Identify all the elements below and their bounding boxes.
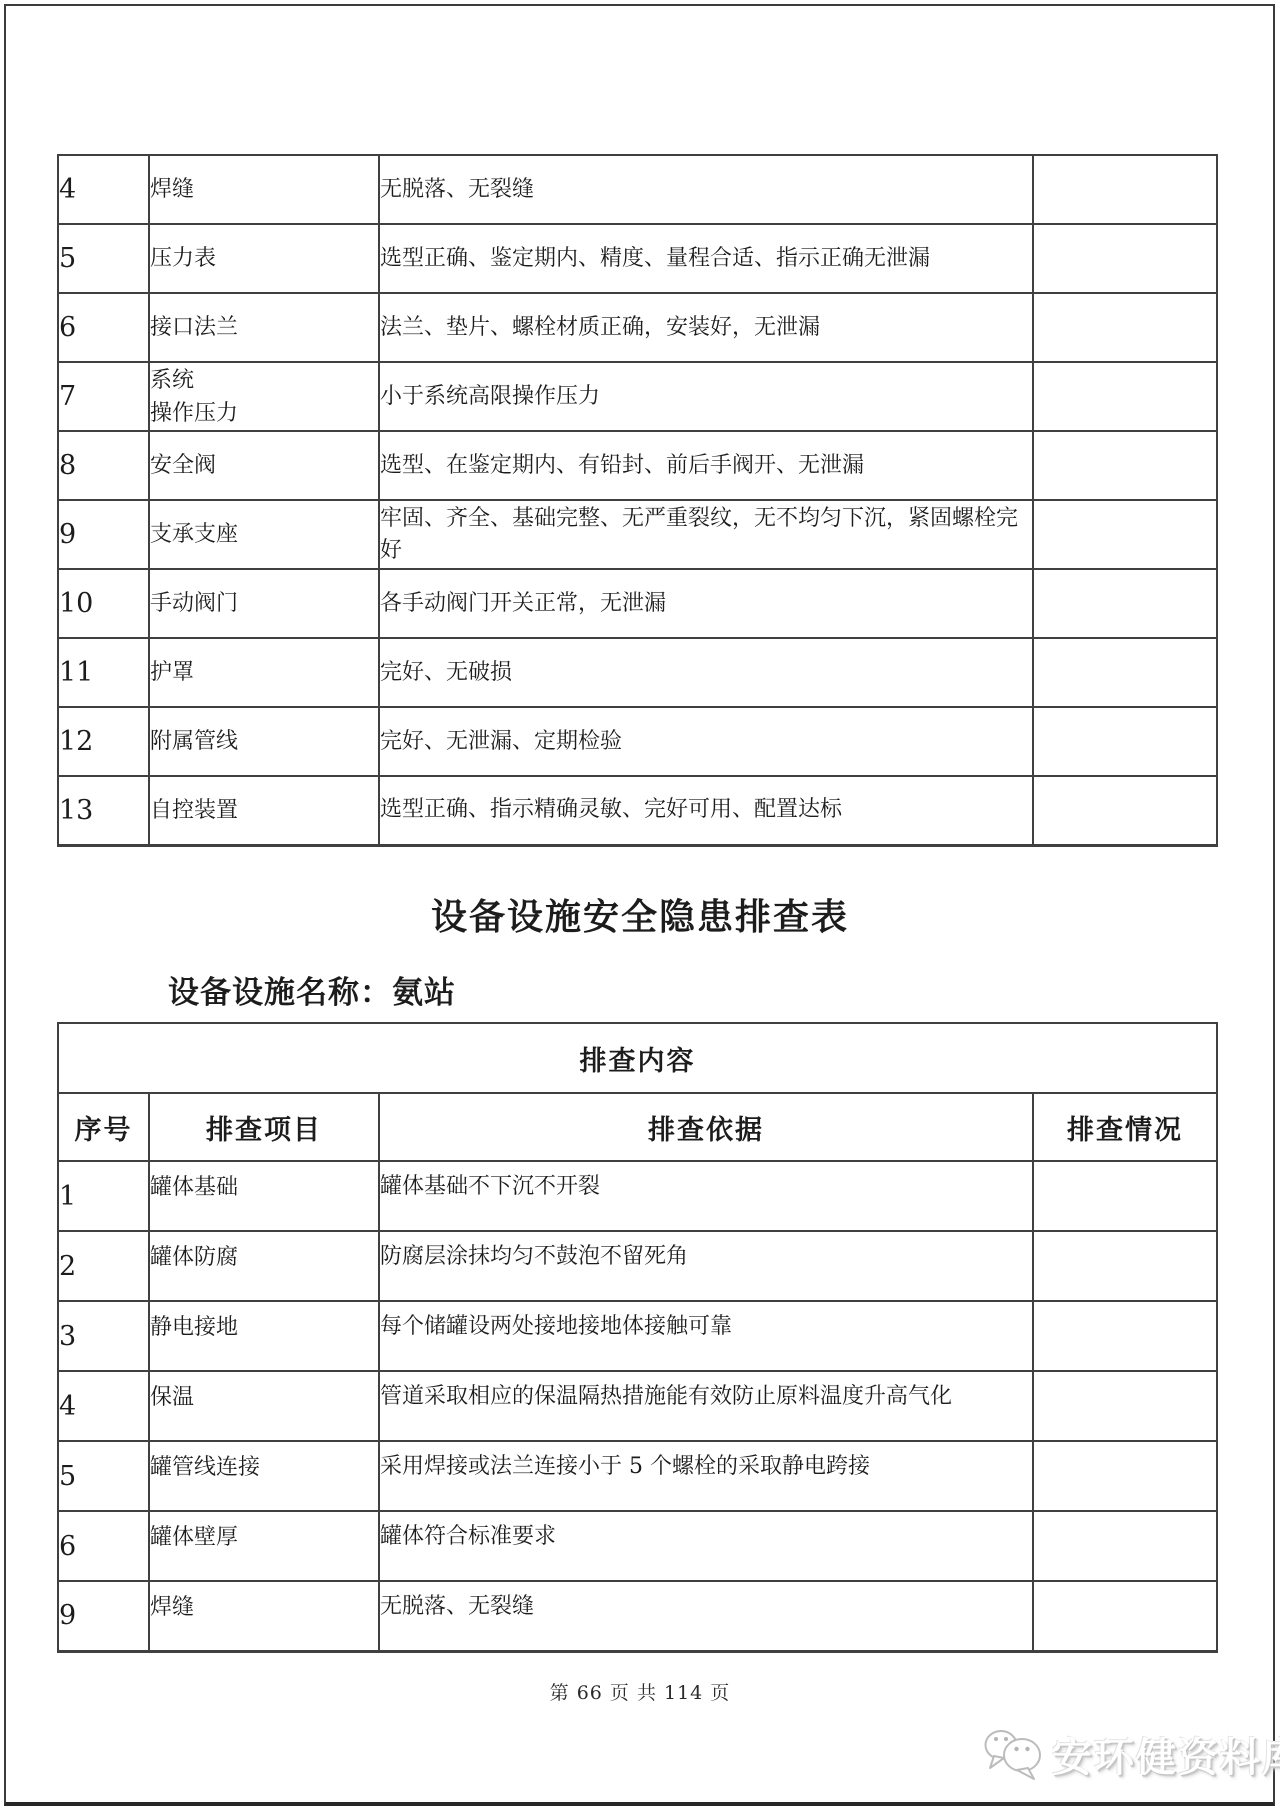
column-header-row: 序号 排查项目 排查依据 排查情况 xyxy=(58,1093,1217,1161)
table-row: 4 保温 管道采取相应的保温隔热措施能有效防止原料温度升高气化 xyxy=(58,1371,1217,1441)
table-row: 11 护罩 完好、无破损 xyxy=(58,638,1217,707)
inspection-item: 支承支座 xyxy=(149,500,379,569)
inspection-status xyxy=(1033,1161,1217,1231)
row-number: 6 xyxy=(58,1511,149,1581)
table-row: 4 焊缝 无脱落、无裂缝 xyxy=(58,155,1217,224)
inspection-item: 保温 xyxy=(149,1371,379,1441)
table-row: 5 罐管线连接 采用焊接或法兰连接小于 5 个螺栓的采取静电跨接 xyxy=(58,1441,1217,1511)
document-page: 4 焊缝 无脱落、无裂缝 5 压力表 选型正确、鉴定期内、精度、量程合适、指示正… xyxy=(0,0,1280,1810)
inspection-basis: 无脱落、无裂缝 xyxy=(379,1581,1033,1651)
inspection-basis: 管道采取相应的保温隔热措施能有效防止原料温度升高气化 xyxy=(379,1371,1033,1441)
inspection-item: 焊缝 xyxy=(149,155,379,224)
inspection-basis: 罐体符合标准要求 xyxy=(379,1511,1033,1581)
inspection-item: 安全阀 xyxy=(149,431,379,500)
equipment-checklist-table-continued: 4 焊缝 无脱落、无裂缝 5 压力表 选型正确、鉴定期内、精度、量程合适、指示正… xyxy=(57,154,1218,847)
row-number: 8 xyxy=(58,431,149,500)
table-row: 7 系统 操作压力 小于系统高限操作压力 xyxy=(58,362,1217,431)
watermark-text: 安环健资料库 xyxy=(1052,1726,1280,1783)
table-row: 13 自控装置 选型正确、指示精确灵敏、完好可用、配置达标 xyxy=(58,776,1217,845)
table-row: 2 罐体防腐 防腐层涂抹均匀不鼓泡不留死角 xyxy=(58,1231,1217,1301)
inspection-item: 系统 操作压力 xyxy=(149,362,379,431)
inspection-basis: 选型正确、鉴定期内、精度、量程合适、指示正确无泄漏 xyxy=(379,224,1033,293)
inspection-basis: 罐体基础不下沉不开裂 xyxy=(379,1161,1033,1231)
table-row: 8 安全阀 选型、在鉴定期内、有铅封、前后手阀开、无泄漏 xyxy=(58,431,1217,500)
col-header-basis: 排查依据 xyxy=(379,1093,1033,1161)
inspection-status xyxy=(1033,1511,1217,1581)
inspection-status xyxy=(1033,707,1217,776)
inspection-basis: 选型、在鉴定期内、有铅封、前后手阀开、无泄漏 xyxy=(379,431,1033,500)
table-row: 5 压力表 选型正确、鉴定期内、精度、量程合适、指示正确无泄漏 xyxy=(58,224,1217,293)
inspection-item: 罐体壁厚 xyxy=(149,1511,379,1581)
inspection-basis: 采用焊接或法兰连接小于 5 个螺栓的采取静电跨接 xyxy=(379,1441,1033,1511)
inspection-item: 手动阀门 xyxy=(149,569,379,638)
table-row: 9 支承支座 牢固、齐全、基础完整、无严重裂纹，无不均匀下沉，紧固螺栓完好 xyxy=(58,500,1217,569)
inspection-basis: 牢固、齐全、基础完整、无严重裂纹，无不均匀下沉，紧固螺栓完好 xyxy=(379,500,1033,569)
inspection-item: 罐体基础 xyxy=(149,1161,379,1231)
row-number: 5 xyxy=(58,1441,149,1511)
row-number: 3 xyxy=(58,1301,149,1371)
inspection-item: 罐体防腐 xyxy=(149,1231,379,1301)
inspection-item: 压力表 xyxy=(149,224,379,293)
inspection-basis: 小于系统高限操作压力 xyxy=(379,362,1033,431)
page-title: 设备设施安全隐患排查表 xyxy=(0,889,1280,940)
inspection-status xyxy=(1033,569,1217,638)
inspection-item: 静电接地 xyxy=(149,1301,379,1371)
equipment-checklist-table-body: 4 焊缝 无脱落、无裂缝 5 压力表 选型正确、鉴定期内、精度、量程合适、指示正… xyxy=(58,155,1217,845)
inspection-item: 焊缝 xyxy=(149,1581,379,1651)
table-row: 1 罐体基础 罐体基础不下沉不开裂 xyxy=(58,1161,1217,1231)
inspection-status xyxy=(1033,224,1217,293)
inspection-status xyxy=(1033,362,1217,431)
inspection-status xyxy=(1033,1371,1217,1441)
row-number: 9 xyxy=(58,500,149,569)
ammonia-station-checklist-table: 排查内容 序号 排查项目 排查依据 排查情况 1 罐体基础 罐体基础不下沉不开裂… xyxy=(57,1022,1218,1653)
inspection-item: 罐管线连接 xyxy=(149,1441,379,1511)
inspection-status xyxy=(1033,500,1217,569)
inspection-basis: 各手动阀门开关正常，无泄漏 xyxy=(379,569,1033,638)
inspection-status xyxy=(1033,1441,1217,1511)
inspection-basis: 完好、无泄漏、定期检验 xyxy=(379,707,1033,776)
facility-name-label: 设备设施名称：氨站 xyxy=(168,967,456,1012)
ammonia-station-table-body: 1 罐体基础 罐体基础不下沉不开裂 2 罐体防腐 防腐层涂抹均匀不鼓泡不留死角 … xyxy=(58,1161,1217,1651)
table-row: 3 静电接地 每个储罐设两处接地接地体接触可靠 xyxy=(58,1301,1217,1371)
row-number: 10 xyxy=(58,569,149,638)
col-header-status: 排查情况 xyxy=(1033,1093,1217,1161)
inspection-item: 附属管线 xyxy=(149,707,379,776)
chat-bubbles-icon xyxy=(982,1728,1046,1782)
inspection-status xyxy=(1033,1231,1217,1301)
inspection-basis: 每个储罐设两处接地接地体接触可靠 xyxy=(379,1301,1033,1371)
row-number: 6 xyxy=(58,293,149,362)
table-row: 10 手动阀门 各手动阀门开关正常，无泄漏 xyxy=(58,569,1217,638)
inspection-basis: 选型正确、指示精确灵敏、完好可用、配置达标 xyxy=(379,776,1033,845)
inspection-status xyxy=(1033,776,1217,845)
inspection-status xyxy=(1033,155,1217,224)
page-number: 第 66 页 共 114 页 xyxy=(0,1678,1280,1705)
row-number: 13 xyxy=(58,776,149,845)
inspection-basis: 法兰、垫片、螺栓材质正确，安装好，无泄漏 xyxy=(379,293,1033,362)
inspection-item: 接口法兰 xyxy=(149,293,379,362)
row-number: 9 xyxy=(58,1581,149,1651)
row-number: 1 xyxy=(58,1161,149,1231)
col-header-no: 序号 xyxy=(58,1093,149,1161)
row-number: 11 xyxy=(58,638,149,707)
inspection-status xyxy=(1033,1301,1217,1371)
inspection-item: 护罩 xyxy=(149,638,379,707)
table-row: 6 接口法兰 法兰、垫片、螺栓材质正确，安装好，无泄漏 xyxy=(58,293,1217,362)
row-number: 4 xyxy=(58,1371,149,1441)
row-number: 2 xyxy=(58,1231,149,1301)
inspection-status xyxy=(1033,638,1217,707)
table-row: 9 焊缝 无脱落、无裂缝 xyxy=(58,1581,1217,1651)
inspection-basis: 无脱落、无裂缝 xyxy=(379,155,1033,224)
inspection-status xyxy=(1033,1581,1217,1651)
row-number: 4 xyxy=(58,155,149,224)
row-number: 5 xyxy=(58,224,149,293)
row-number: 7 xyxy=(58,362,149,431)
inspection-basis: 防腐层涂抹均匀不鼓泡不留死角 xyxy=(379,1231,1033,1301)
row-number: 12 xyxy=(58,707,149,776)
col-header-item: 排查项目 xyxy=(149,1093,379,1161)
inspection-item: 自控装置 xyxy=(149,776,379,845)
watermark: 安环健资料库 xyxy=(982,1726,1280,1783)
inspection-status xyxy=(1033,293,1217,362)
table-header-row: 排查内容 xyxy=(58,1023,1217,1093)
inspection-basis: 完好、无破损 xyxy=(379,638,1033,707)
inspection-status xyxy=(1033,431,1217,500)
inspection-content-header: 排查内容 xyxy=(58,1023,1217,1093)
table-row: 6 罐体壁厚 罐体符合标准要求 xyxy=(58,1511,1217,1581)
table-row: 12 附属管线 完好、无泄漏、定期检验 xyxy=(58,707,1217,776)
